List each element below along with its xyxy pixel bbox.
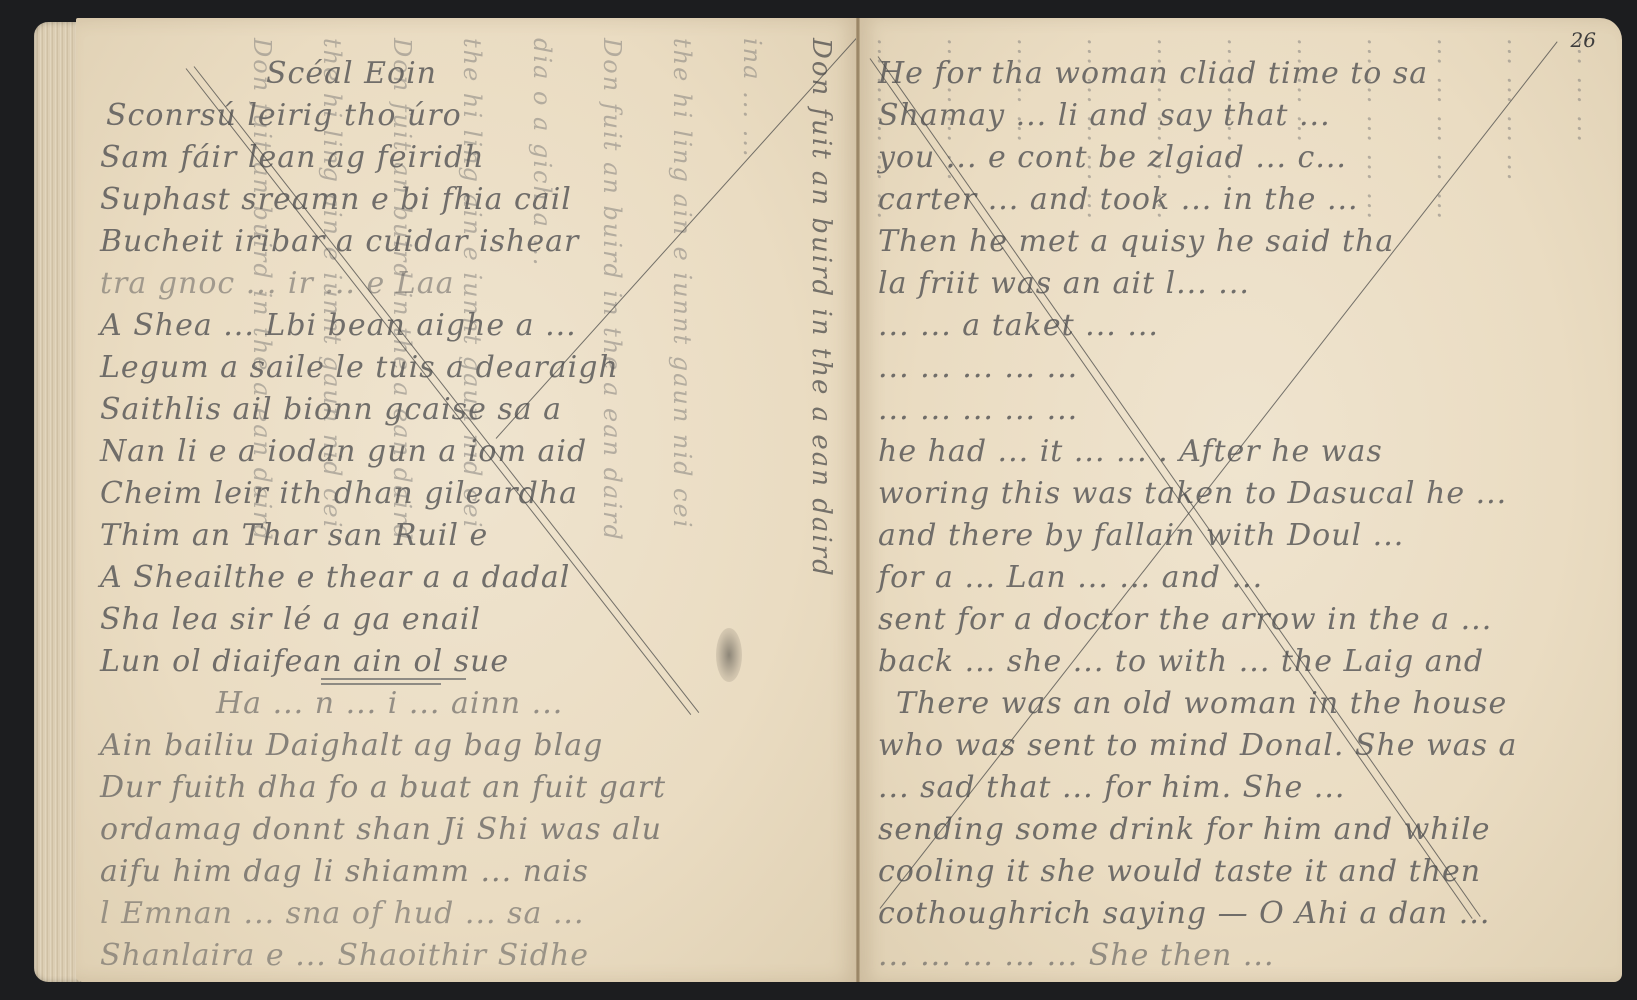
text-line: Suphast sreamn e bi fhia cail	[100, 182, 572, 217]
left-horizontal-writing: Scéal Eoin Sconrsú leirig tho úro Sam fá…	[76, 18, 858, 982]
text-line: sent for a doctor the arrow in the a ...	[878, 602, 1492, 637]
text-line: ... sad that ... for him. She ...	[878, 770, 1345, 805]
text-line: Saithlis ail bionn gcaise sa a	[100, 392, 562, 427]
right-page: ... ... ... ... ... ... ... ... ... ... …	[860, 18, 1622, 982]
text-line: la friit was an ait l... ...	[878, 266, 1250, 301]
text-line: He for tha woman cliad time to sa	[878, 56, 1428, 91]
text-line: Sam fáir lean ag feiridh	[100, 140, 485, 175]
text-line: ordamag donnt shan Ji Shi was alu	[100, 812, 662, 847]
text-line: ... ... a taket ... ...	[878, 308, 1159, 343]
underline-mark	[321, 683, 441, 685]
text-line: back ... she ... to with ... the Laig an…	[878, 644, 1484, 679]
text-line: A Sheailthe e thear a a dadal	[100, 560, 570, 595]
text-line: cooling it she would taste it and then	[878, 854, 1481, 889]
text-line: for a ... Lan ... ... and ...	[878, 560, 1263, 595]
text-line: Thim an Thar san Ruil e	[100, 518, 488, 553]
text-line: sending some drink for him and while	[878, 812, 1491, 847]
text-line: A Shea ... Lbi bean aighe a ...	[100, 308, 577, 343]
text-line: There was an old woman in the house	[896, 686, 1507, 721]
text-line: tra gnoc ... ir ... e Laa	[100, 266, 455, 301]
right-horizontal-writing: He for tha woman cliad time to sa Shamay…	[860, 18, 1622, 982]
heading-text: Scéal Eoin	[266, 56, 437, 91]
text-line: carter ... and took ... in the ...	[878, 182, 1359, 217]
text-line: Sconrsú leirig tho úro	[106, 98, 462, 133]
text-line: l Emnan ... sna of hud ... sa ...	[100, 896, 584, 931]
text-line: who was sent to mind Donal. She was a	[878, 728, 1517, 763]
underline-mark	[321, 678, 466, 680]
text-line: Then he met a quisy he said tha	[878, 224, 1394, 259]
text-line: he had ... it ... ... . After he was	[878, 434, 1383, 469]
text-line: Sha lea sir lé a ga enail	[100, 602, 481, 637]
left-page: Don fuit an buird in the a ean daird the…	[76, 18, 858, 982]
text-line: ... ... ... ... ... She then ...	[878, 938, 1274, 973]
text-line: Ain bailiu Daighalt ag bag blag	[100, 728, 603, 763]
text-line: Ha ... n ... i ... ainn ...	[216, 686, 563, 721]
text-line: Dur fuith dha fo a buat an fuit gart	[100, 770, 666, 805]
text-line: Lun ol diaifean ain ol sue	[100, 644, 509, 679]
open-notebook: Don fuit an buird in the a ean daird the…	[18, 8, 1623, 990]
pencil-smudge	[716, 628, 742, 682]
text-line: and there by fallain with Doul ...	[878, 518, 1404, 553]
text-line: Legum a saile le tuis a dearaigh	[100, 350, 619, 385]
text-line: Nan li e a iodan gun a iom aid	[100, 434, 587, 469]
text-line: aifu him dag li shiamm ... nais	[100, 854, 589, 889]
page-edges	[34, 22, 80, 982]
text-line: Shamay ... li and say that ...	[878, 98, 1331, 133]
text-line: Shanlaira e ... Shaoithir Sidhe	[100, 938, 589, 973]
text-line: Cheim leir ith dhan gileardha	[100, 476, 578, 511]
text-line: ... ... ... ... ...	[878, 350, 1078, 385]
page-number: 26	[1571, 28, 1596, 52]
text-line: ... ... ... ... ...	[878, 392, 1078, 427]
text-line: cothoughrich saying — O Ahi a dan ...	[878, 896, 1490, 931]
